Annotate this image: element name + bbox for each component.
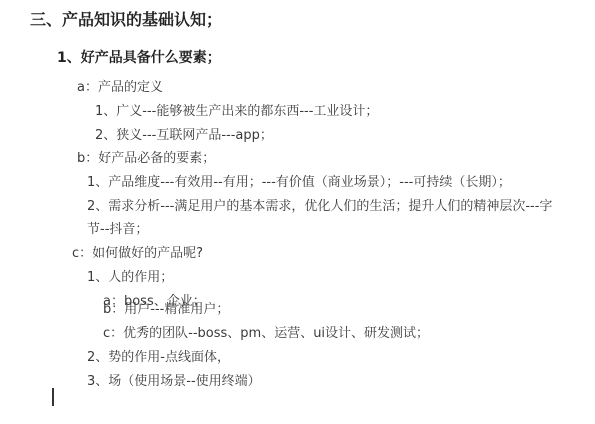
- item-a-label: a：产品的定义: [77, 80, 163, 96]
- item-c-2: 2、势的作用-点线面体，: [87, 350, 230, 366]
- item-c-3: 3、场（使用场景--使用终端）: [87, 374, 261, 390]
- item-b-2: 2、需求分析---满足用户的基本需求，优化人们的生活；提升人们的精神层次---字: [87, 199, 552, 215]
- item-b-1: 1、产品维度---有效用--有用；---有价值（商业场景）；---可持续（长期）…: [87, 175, 511, 191]
- item-a-2: 2、狭义---互联网产品---app；: [95, 128, 273, 144]
- item-c-1: 1、人的作用；: [87, 270, 173, 286]
- item-c-1-c: c：优秀的团队--boss、pm、运营、ui设计、研发测试；: [103, 326, 429, 342]
- item-a-1: 1、广义---能够被生产出来的都东西---工业设计；: [95, 104, 378, 120]
- item-c-1-b: b：用户---精准用户；: [103, 302, 229, 318]
- item-b-2-cont: 节--抖音；: [87, 222, 148, 238]
- item-b-label: b：好产品必备的要素；: [77, 151, 215, 167]
- text-cursor: [52, 388, 54, 406]
- section-heading: 三、产品知识的基础认知；: [30, 10, 222, 30]
- document-editor[interactable]: 三、产品知识的基础认知； 1、好产品具备什么要素； a：产品的定义 1、广义--…: [0, 0, 595, 424]
- item-c-label: c：如何做好的产品呢?: [72, 246, 203, 262]
- subheading: 1、好产品具备什么要素；: [57, 49, 221, 67]
